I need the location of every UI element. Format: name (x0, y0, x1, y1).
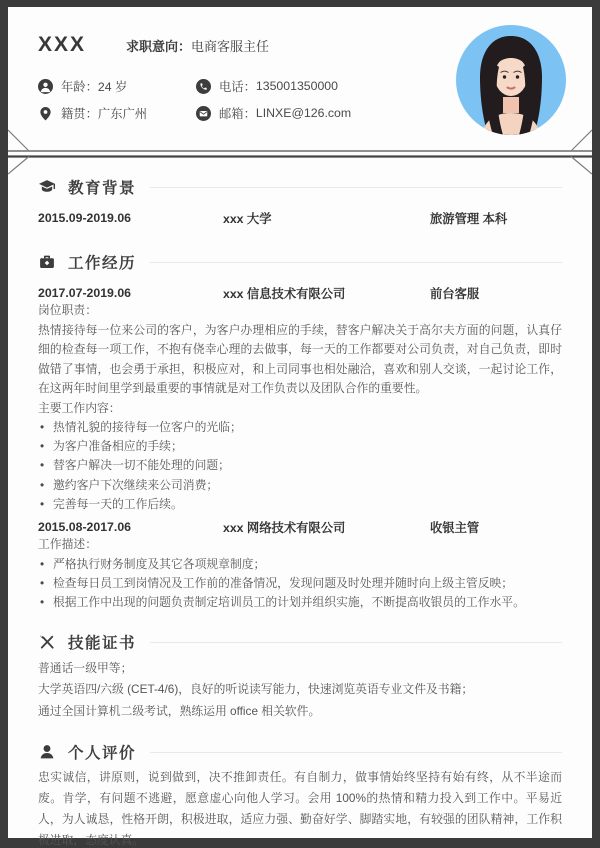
evaluation-text: 忠实诚信，讲原则，说到做到，决不推卸责任。有自制力，做事情始终坚持有始有终，从不… (38, 767, 562, 848)
job-description: 热情接待每一位来公司的客户，为客户办理相应的手续，替客户解决关于高尔夫方面的问题… (38, 321, 562, 399)
job-description-label: 工作描述： (38, 535, 562, 555)
job-intention-label: 求职意向： (126, 39, 191, 54)
job-row: 2015.08-2017.06 xxx 网络技术有限公司 收银主管 (38, 518, 562, 535)
section-education: 教育背景 2015.09-2019.06 xxx 大学 旅游管理 本科 (38, 177, 562, 226)
email-label: 邮箱： (219, 104, 256, 122)
candidate-name: XXX (38, 33, 126, 57)
job-position: 前台客服 (430, 284, 562, 302)
contact-info: 年龄：24 岁 电话：135001350000 (38, 77, 398, 122)
list-item: 邀约客户下次继续来公司消费； (38, 476, 562, 495)
job-company: xxx 信息技术有限公司 (223, 284, 430, 302)
list-item: 为客户准备相应的手续； (38, 437, 562, 456)
job-date: 2017.07-2019.06 (38, 286, 223, 300)
section-divider-line (150, 262, 562, 263)
skill-line: 大学英语四/六级 (CET-4/6)，良好的听说读写能力，快速浏览英语专业文件及… (38, 679, 562, 700)
resume-body: 教育背景 2015.09-2019.06 xxx 大学 旅游管理 本科 (8, 151, 592, 848)
phone-field: 电话：135001350000 (196, 77, 398, 95)
skills-header: 技能证书 (38, 632, 562, 652)
list-item: 严格执行财务制度及其它各项规章制度； (38, 555, 562, 574)
birthplace-value: 广东广州 (98, 104, 147, 122)
skills-lines: 普通话一级甲等； 大学英语四/六级 (CET-4/6)，良好的听说读写能力，快速… (38, 658, 562, 722)
list-item: 检查每日员工到岗情况及工作前的准备情况，发现问题及时处理并随时向上级主管反映； (38, 574, 562, 593)
phone-value: 135001350000 (256, 79, 338, 93)
birthplace-field: 籍贯：广东广州 (38, 104, 196, 122)
section-skills: 技能证书 普通话一级甲等； 大学英语四/六级 (CET-4/6)，良好的听说读写… (38, 632, 562, 722)
email-value: LINXE@126.com (256, 106, 351, 120)
list-item: 热情礼貌的接待每一位客户的光临； (38, 418, 562, 437)
job-row: 2017.07-2019.06 xxx 信息技术有限公司 前台客服 (38, 284, 562, 301)
phone-icon (196, 79, 211, 94)
education-major: 旅游管理 本科 (430, 209, 562, 227)
education-row: 2015.09-2019.06 xxx 大学 旅游管理 本科 (38, 209, 562, 226)
job-duties-list: 热情礼貌的接待每一位客户的光临； 为客户准备相应的手续； 替客户解决一切不能处理… (38, 418, 562, 514)
job-intention: 求职意向：电商客服主任 (126, 36, 269, 55)
evaluation-header: 个人评价 (38, 742, 562, 762)
section-divider-line (150, 187, 562, 188)
job-duties-label: 主要工作内容： (38, 399, 562, 419)
profile-photo (456, 25, 566, 135)
age-field: 年龄：24 岁 (38, 77, 196, 95)
section-divider-line (150, 642, 562, 643)
job-description-label: 岗位职责： (38, 301, 562, 321)
section-experience: 工作经历 2017.07-2019.06 xxx 信息技术有限公司 前台客服 岗… (38, 252, 562, 612)
education-header: 教育背景 (38, 177, 562, 197)
job-position: 收银主管 (430, 518, 562, 536)
person-icon (38, 79, 53, 94)
resume-paper: XXX 求职意向：电商客服主任 年龄：24 岁 (8, 7, 592, 838)
list-item: 完善每一天的工作后续。 (38, 495, 562, 514)
section-title-evaluation: 个人评价 (68, 741, 136, 763)
list-item: 根据工作中出现的问题负责制定培训员工的计划并组织实施，不断提高收银员的工作水平。 (38, 593, 562, 612)
section-title-education: 教育背景 (68, 176, 136, 198)
phone-label: 电话： (219, 77, 256, 95)
section-divider-line (150, 752, 562, 753)
mail-icon (196, 106, 211, 121)
email-field: 邮箱：LINXE@126.com (196, 104, 398, 122)
resume-header: XXX 求职意向：电商客服主任 年龄：24 岁 (8, 7, 592, 151)
briefcase-icon (38, 253, 56, 271)
location-icon (38, 106, 53, 121)
person-bust-icon (38, 743, 56, 761)
list-item: 替客户解决一切不能处理的问题； (38, 456, 562, 475)
job-date: 2015.08-2017.06 (38, 520, 223, 534)
education-school: xxx 大学 (223, 209, 430, 227)
age-value: 24 岁 (98, 77, 127, 95)
experience-header: 工作经历 (38, 252, 562, 272)
job-intention-value: 电商客服主任 (191, 39, 269, 54)
education-date: 2015.09-2019.06 (38, 211, 223, 225)
job-company: xxx 网络技术有限公司 (223, 518, 430, 536)
graduation-cap-icon (38, 178, 56, 196)
tools-icon (38, 633, 56, 651)
age-label: 年龄： (61, 77, 98, 95)
section-evaluation: 个人评价 忠实诚信，讲原则，说到做到，决不推卸责任。有自制力，做事情始终坚持有始… (38, 742, 562, 848)
section-title-experience: 工作经历 (68, 251, 136, 273)
skill-line: 通过全国计算机二级考试，熟练运用 office 相关软件。 (38, 701, 562, 722)
skill-line: 普通话一级甲等； (38, 658, 562, 679)
resume-page: XXX 求职意向：电商客服主任 年龄：24 岁 (0, 0, 600, 848)
section-title-skills: 技能证书 (68, 631, 136, 653)
birthplace-label: 籍贯： (61, 104, 98, 122)
job-duties-list: 严格执行财务制度及其它各项规章制度； 检查每日员工到岗情况及工作前的准备情况，发… (38, 555, 562, 613)
